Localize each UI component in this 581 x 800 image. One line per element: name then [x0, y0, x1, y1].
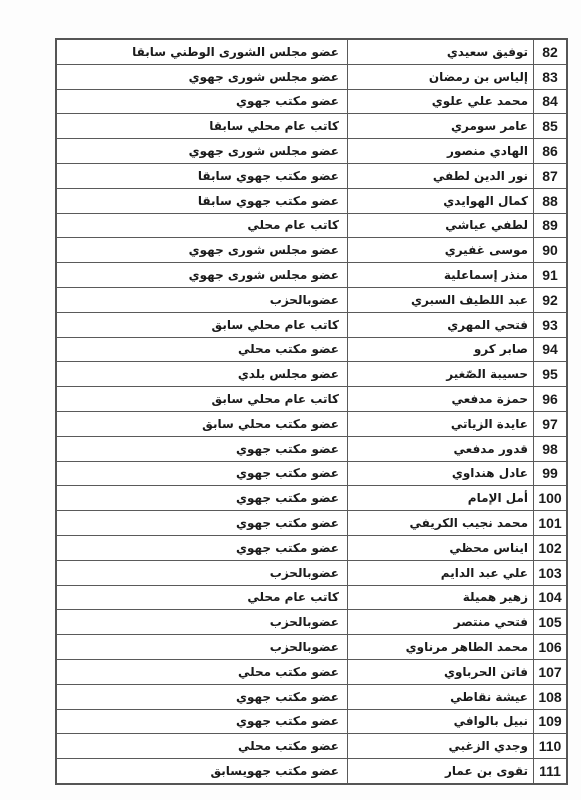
member-name: محمد نجيب الكريفي: [348, 511, 534, 536]
table-row: 87نور الدين لطفيعضو مكتب جهوي سابقا: [56, 163, 567, 188]
row-number: 97: [534, 411, 568, 436]
row-number: 106: [534, 635, 568, 660]
member-name: منذر إسماعلية: [348, 263, 534, 288]
member-position: عضو مكتب جهوي: [56, 535, 348, 560]
member-position: عضو مكتب محلي: [56, 337, 348, 362]
scanned-document-page: 82توفيق سعيديعضو مجلس الشورى الوطني سابق…: [0, 0, 581, 800]
member-name: لطفي عياشي: [348, 213, 534, 238]
member-position: عضوبالحزب: [56, 560, 348, 585]
table-row: 97عايدة الزياتيعضو مكتب محلي سابق: [56, 411, 567, 436]
table-row: 83إلياس بن رمضانعضو مجلس شورى جهوي: [56, 64, 567, 89]
table-row: 91منذر إسماعليةعضو مجلس شورى جهوي: [56, 263, 567, 288]
row-number: 84: [534, 89, 568, 114]
member-name: حمزة مدفعي: [348, 387, 534, 412]
member-position: عضو مكتب جهوي سابقا: [56, 188, 348, 213]
table-row: 98قدور مدفعيعضو مكتب جهوي: [56, 436, 567, 461]
member-position: عضو مكتب محلي: [56, 734, 348, 759]
table-row: 99عادل هنداويعضو مكتب جهوي: [56, 461, 567, 486]
row-number: 108: [534, 684, 568, 709]
member-name: صابر كرو: [348, 337, 534, 362]
member-position: عضو مكتب جهوي: [56, 511, 348, 536]
member-position: كاتب عام محلي سابق: [56, 312, 348, 337]
table-row: 101محمد نجيب الكريفيعضو مكتب جهوي: [56, 511, 567, 536]
row-number: 89: [534, 213, 568, 238]
row-number: 109: [534, 709, 568, 734]
member-name: عايدة الزياتي: [348, 411, 534, 436]
member-name: نبيل بالوافي: [348, 709, 534, 734]
row-number: 91: [534, 263, 568, 288]
row-number: 85: [534, 114, 568, 139]
table-row: 93فتحي المهريكاتب عام محلي سابق: [56, 312, 567, 337]
member-position: عضو مجلس شورى جهوي: [56, 263, 348, 288]
row-number: 103: [534, 560, 568, 585]
row-number: 107: [534, 659, 568, 684]
member-name: عيشة نقاطي: [348, 684, 534, 709]
table-row: 94صابر كروعضو مكتب محلي: [56, 337, 567, 362]
row-number: 83: [534, 64, 568, 89]
row-number: 87: [534, 163, 568, 188]
row-number: 111: [534, 759, 568, 784]
table-row: 88كمال الهوايديعضو مكتب جهوي سابقا: [56, 188, 567, 213]
member-position: كاتب عام محلي: [56, 585, 348, 610]
member-name: فاتن الحرباوي: [348, 659, 534, 684]
member-position: كاتب عام محلي سابقا: [56, 114, 348, 139]
row-number: 100: [534, 486, 568, 511]
member-position: عضوبالحزب: [56, 287, 348, 312]
row-number: 99: [534, 461, 568, 486]
member-name: الهادي منصور: [348, 139, 534, 164]
member-position: عضو مكتب جهوي سابقا: [56, 163, 348, 188]
row-number: 92: [534, 287, 568, 312]
member-position: عضو مجلس شورى جهوي: [56, 238, 348, 263]
table-row: 108عيشة نقاطيعضو مكتب جهوي: [56, 684, 567, 709]
table-row: 89لطفي عياشيكاتب عام محلي: [56, 213, 567, 238]
member-position: عضو مكتب جهوي: [56, 89, 348, 114]
row-number: 93: [534, 312, 568, 337]
member-position: عضو مكتب جهوي: [56, 461, 348, 486]
table-row: 103علي عبد الدايمعضوبالحزب: [56, 560, 567, 585]
row-number: 105: [534, 610, 568, 635]
member-name: محمد الطاهر مرناوي: [348, 635, 534, 660]
member-name: فتحي منتصر: [348, 610, 534, 635]
table-row: 104زهير هميلةكاتب عام محلي: [56, 585, 567, 610]
member-name: عبد اللطيف السبري: [348, 287, 534, 312]
table-row: 85عامر سومريكاتب عام محلي سابقا: [56, 114, 567, 139]
member-position: عضو مجلس شورى جهوي: [56, 64, 348, 89]
member-position: عضو مكتب جهوي: [56, 486, 348, 511]
table-row: 110وجدي الزغبيعضو مكتب محلي: [56, 734, 567, 759]
table-row: 84محمد علي علويعضو مكتب جهوي: [56, 89, 567, 114]
member-name: توفيق سعيدي: [348, 39, 534, 64]
member-position: عضو مكتب محلي: [56, 659, 348, 684]
member-name: كمال الهوايدي: [348, 188, 534, 213]
table-row: 102ايناس محظيعضو مكتب جهوي: [56, 535, 567, 560]
member-name: محمد علي علوي: [348, 89, 534, 114]
member-position: عضو مكتب جهويسابق: [56, 759, 348, 784]
table-row: 86الهادي منصورعضو مجلس شورى جهوي: [56, 139, 567, 164]
member-name: نور الدين لطفي: [348, 163, 534, 188]
member-name: عادل هنداوي: [348, 461, 534, 486]
table-row: 106محمد الطاهر مرناويعضوبالحزب: [56, 635, 567, 660]
row-number: 96: [534, 387, 568, 412]
member-position: عضوبالحزب: [56, 635, 348, 660]
member-name: فتحي المهري: [348, 312, 534, 337]
row-number: 98: [534, 436, 568, 461]
member-position: عضو مجلس بلدي: [56, 362, 348, 387]
table-row: 95حسيبة الصّغيرعضو مجلس بلدي: [56, 362, 567, 387]
row-number: 102: [534, 535, 568, 560]
member-position: كاتب عام محلي سابق: [56, 387, 348, 412]
member-name: أمل الإمام: [348, 486, 534, 511]
member-name: علي عبد الدايم: [348, 560, 534, 585]
table-row: 90موسى غفيريعضو مجلس شورى جهوي: [56, 238, 567, 263]
member-position: عضو مكتب جهوي: [56, 436, 348, 461]
members-table: 82توفيق سعيديعضو مجلس الشورى الوطني سابق…: [55, 38, 568, 785]
member-name: إلياس بن رمضان: [348, 64, 534, 89]
table-row: 96حمزة مدفعيكاتب عام محلي سابق: [56, 387, 567, 412]
member-position: عضو مكتب جهوي: [56, 709, 348, 734]
member-name: عامر سومري: [348, 114, 534, 139]
table-row: 82توفيق سعيديعضو مجلس الشورى الوطني سابق…: [56, 39, 567, 64]
table-row: 109نبيل بالوافيعضو مكتب جهوي: [56, 709, 567, 734]
row-number: 90: [534, 238, 568, 263]
member-name: حسيبة الصّغير: [348, 362, 534, 387]
member-position: عضو مكتب جهوي: [56, 684, 348, 709]
member-name: تقوى بن عمار: [348, 759, 534, 784]
table-row: 92عبد اللطيف السبريعضوبالحزب: [56, 287, 567, 312]
table-row: 100أمل الإمامعضو مكتب جهوي: [56, 486, 567, 511]
member-name: قدور مدفعي: [348, 436, 534, 461]
row-number: 110: [534, 734, 568, 759]
member-name: وجدي الزغبي: [348, 734, 534, 759]
row-number: 86: [534, 139, 568, 164]
row-number: 94: [534, 337, 568, 362]
member-name: زهير هميلة: [348, 585, 534, 610]
member-name: موسى غفيري: [348, 238, 534, 263]
row-number: 82: [534, 39, 568, 64]
row-number: 95: [534, 362, 568, 387]
member-name: ايناس محظي: [348, 535, 534, 560]
member-position: عضو مجلس الشورى الوطني سابقا: [56, 39, 348, 64]
row-number: 101: [534, 511, 568, 536]
member-position: كاتب عام محلي: [56, 213, 348, 238]
table-body: 82توفيق سعيديعضو مجلس الشورى الوطني سابق…: [56, 39, 567, 784]
member-position: عضو مجلس شورى جهوي: [56, 139, 348, 164]
table-row: 105فتحي منتصرعضوبالحزب: [56, 610, 567, 635]
row-number: 88: [534, 188, 568, 213]
table-row: 111تقوى بن عمارعضو مكتب جهويسابق: [56, 759, 567, 784]
row-number: 104: [534, 585, 568, 610]
member-position: عضو مكتب محلي سابق: [56, 411, 348, 436]
table-row: 107فاتن الحرباويعضو مكتب محلي: [56, 659, 567, 684]
member-position: عضوبالحزب: [56, 610, 348, 635]
